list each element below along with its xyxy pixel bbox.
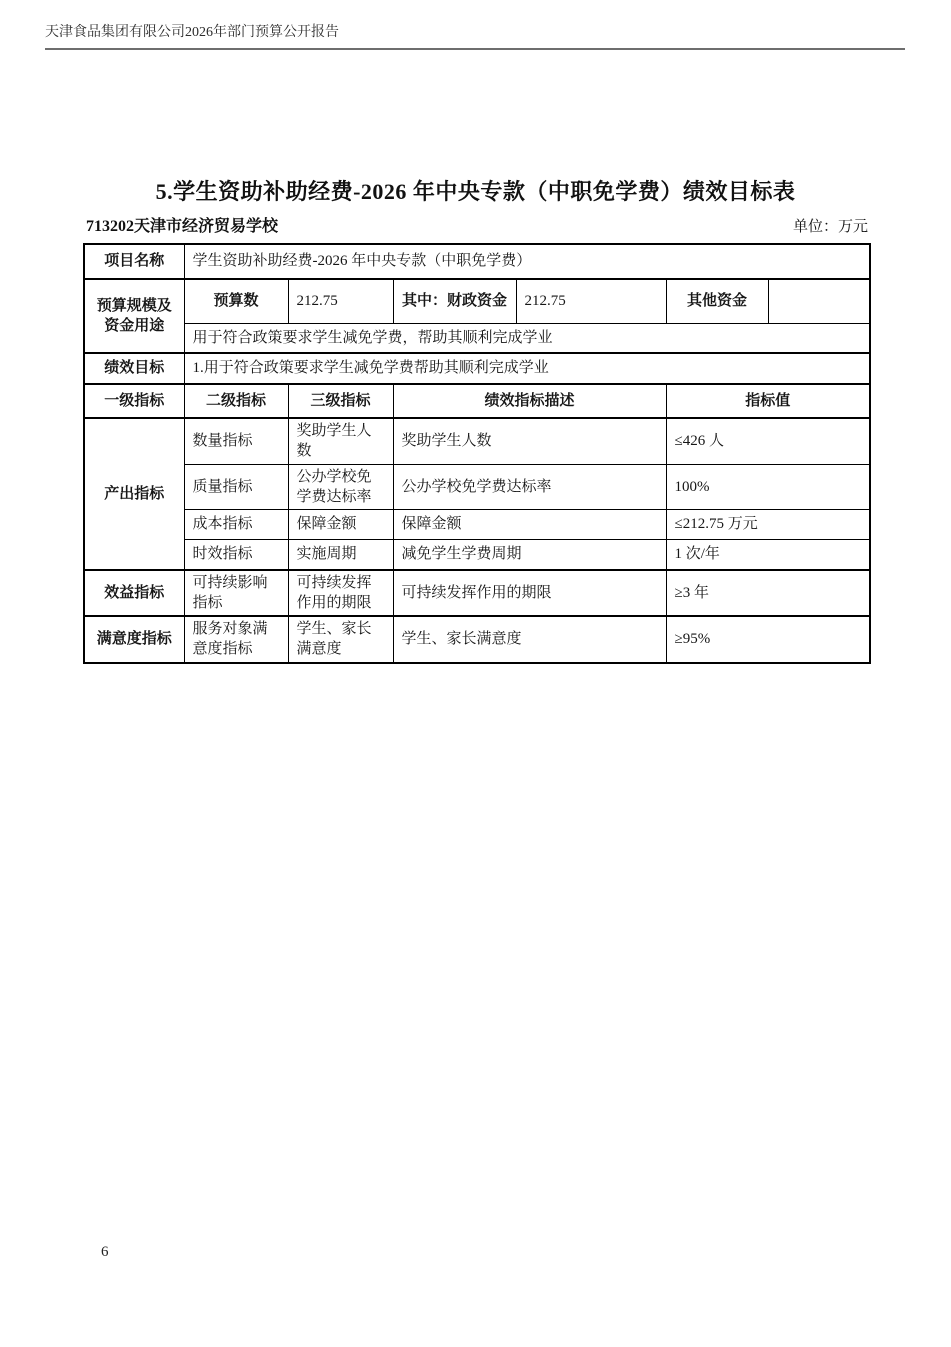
- indicator-header-row: 一级指标 二级指标 三级指标 绩效指标描述 指标值: [84, 384, 870, 418]
- level3-indicator: 实施周期: [288, 540, 393, 570]
- header-indicator-desc: 绩效指标描述: [393, 384, 666, 418]
- project-name-value: 学生资助补助经费-2026 年中央专款（中职免学费）: [184, 244, 870, 279]
- indicator-desc: 保障金额: [393, 510, 666, 540]
- project-name-label: 项目名称: [84, 244, 184, 279]
- fiscal-funds-value: 212.75: [516, 279, 666, 323]
- indicator-value: 1 次/年: [666, 540, 870, 570]
- performance-goal-row: 绩效目标 1.用于符合政策要求学生减免学费帮助其顺利完成学业: [84, 353, 870, 384]
- indicator-value: ≤212.75 万元: [666, 510, 870, 540]
- level1-benefit-indicator: 效益指标: [84, 570, 184, 617]
- performance-goal-value: 1.用于符合政策要求学生减免学费帮助其顺利完成学业: [184, 353, 870, 384]
- budget-row: 预算规模及资金用途 预算数 212.75 其中：财政资金 212.75 其他资金: [84, 279, 870, 323]
- level2-indicator: 质量指标: [184, 464, 288, 510]
- indicator-row-quantity: 产出指标 数量指标 奖助学生人数 奖助学生人数 ≤426 人: [84, 418, 870, 464]
- indicator-row-timeliness: 时效指标 实施周期 减免学生学费周期 1 次/年: [84, 540, 870, 570]
- level2-indicator: 成本指标: [184, 510, 288, 540]
- unit-code-and-school-name: 713202天津市经济贸易学校: [86, 213, 278, 236]
- performance-target-table: 项目名称 学生资助补助经费-2026 年中央专款（中职免学费） 预算规模及资金用…: [83, 243, 871, 664]
- level3-indicator: 奖助学生人数: [288, 418, 393, 464]
- indicator-value: 100%: [666, 464, 870, 510]
- level2-indicator: 可持续影响指标: [184, 570, 288, 617]
- level2-indicator: 时效指标: [184, 540, 288, 570]
- header-level3: 三级指标: [288, 384, 393, 418]
- level3-indicator: 公办学校免学费达标率: [288, 464, 393, 510]
- project-name-row: 项目名称 学生资助补助经费-2026 年中央专款（中职免学费）: [84, 244, 870, 279]
- indicator-desc: 奖助学生人数: [393, 418, 666, 464]
- indicator-row-satisfaction: 满意度指标 服务对象满意度指标 学生、家长满意度 学生、家长满意度 ≥95%: [84, 616, 870, 663]
- indicator-value: ≥3 年: [666, 570, 870, 617]
- header-indicator-value: 指标值: [666, 384, 870, 418]
- indicator-row-quality: 质量指标 公办学校免学费达标率 公办学校免学费达标率 100%: [84, 464, 870, 510]
- other-funds-label: 其他资金: [666, 279, 768, 323]
- indicator-desc: 公办学校免学费达标率: [393, 464, 666, 510]
- level2-indicator: 数量指标: [184, 418, 288, 464]
- level3-indicator: 学生、家长满意度: [288, 616, 393, 663]
- fiscal-funds-label: 其中：财政资金: [393, 279, 516, 323]
- indicator-row-benefit: 效益指标 可持续影响指标 可持续发挥作用的期限 可持续发挥作用的期限 ≥3 年: [84, 570, 870, 617]
- level1-satisfaction-indicator: 满意度指标: [84, 616, 184, 663]
- indicator-desc: 减免学生学费周期: [393, 540, 666, 570]
- fund-usage-value: 用于符合政策要求学生减免学费，帮助其顺利完成学业: [184, 323, 870, 353]
- indicator-row-cost: 成本指标 保障金额 保障金额 ≤212.75 万元: [84, 510, 870, 540]
- indicator-desc: 学生、家长满意度: [393, 616, 666, 663]
- budget-scale-label: 预算规模及资金用途: [84, 279, 184, 353]
- page-title: 5.学生资助补助经费-2026 年中央专款（中职免学费）绩效目标表: [0, 175, 951, 206]
- header-level1: 一级指标: [84, 384, 184, 418]
- other-funds-value: [768, 279, 870, 323]
- budget-number-label: 预算数: [184, 279, 288, 323]
- currency-unit-label: 单位：万元: [793, 215, 868, 236]
- document-header: 天津食品集团有限公司2026年部门预算公开报告: [45, 24, 905, 50]
- document-header-text: 天津食品集团有限公司2026年部门预算公开报告: [45, 25, 339, 40]
- level3-indicator: 保障金额: [288, 510, 393, 540]
- level2-indicator: 服务对象满意度指标: [184, 616, 288, 663]
- indicator-value: ≤426 人: [666, 418, 870, 464]
- level1-output-indicator: 产出指标: [84, 418, 184, 570]
- page-number: 6: [101, 1244, 109, 1261]
- fund-usage-row: 用于符合政策要求学生减免学费，帮助其顺利完成学业: [84, 323, 870, 353]
- table-caption-row: 713202天津市经济贸易学校 单位：万元: [86, 213, 868, 236]
- level3-indicator: 可持续发挥作用的期限: [288, 570, 393, 617]
- header-level2: 二级指标: [184, 384, 288, 418]
- indicator-value: ≥95%: [666, 616, 870, 663]
- indicator-desc: 可持续发挥作用的期限: [393, 570, 666, 617]
- budget-number-value: 212.75: [288, 279, 393, 323]
- performance-goal-label: 绩效目标: [84, 353, 184, 384]
